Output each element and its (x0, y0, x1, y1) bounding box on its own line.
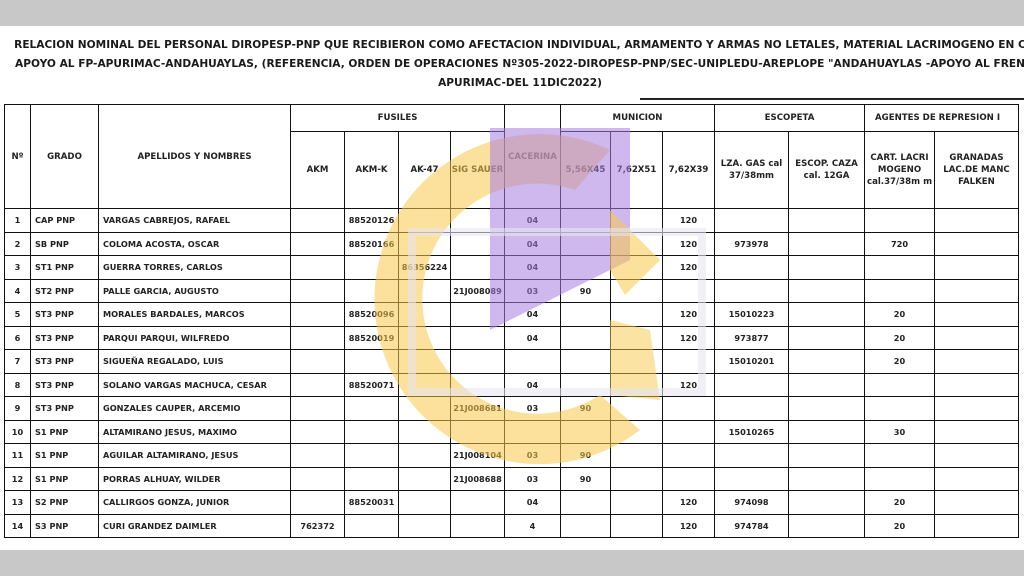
cell-granadas (935, 232, 1019, 256)
cell-m556 (561, 256, 611, 280)
cell-ak47 (399, 232, 451, 256)
cell-no: 5 (5, 303, 31, 327)
cell-cacerina: 03 (505, 279, 561, 303)
cell-granadas (935, 467, 1019, 491)
cell-akmk: 88520071 (345, 373, 399, 397)
cell-grado: ST3 PNP (31, 350, 99, 374)
col-no: Nº (5, 105, 31, 209)
cell-cart: 20 (865, 514, 935, 538)
cell-m556: 90 (561, 467, 611, 491)
cell-akm (291, 303, 345, 327)
cell-akm (291, 373, 345, 397)
cell-escop (789, 373, 865, 397)
cell-m762x39 (663, 467, 715, 491)
cell-sig (451, 232, 505, 256)
cell-ak47 (399, 279, 451, 303)
cell-cacerina (505, 420, 561, 444)
cell-akmk (345, 420, 399, 444)
cell-m762x51 (611, 373, 663, 397)
cell-nombre: GONZALES CAUPER, ARCEMIO (99, 397, 291, 421)
col-762x39: 7,62X39 (663, 132, 715, 209)
cell-sig: 21J008104 (451, 444, 505, 468)
cell-cart: 30 (865, 420, 935, 444)
group-escopeta: ESCOPETA (715, 105, 865, 132)
cell-ak47 (399, 373, 451, 397)
cell-grado: S3 PNP (31, 514, 99, 538)
cell-m762x51 (611, 209, 663, 233)
title-line-1: RELACION NOMINAL DEL PERSONAL DIROPESP-P… (0, 36, 1024, 55)
cell-m556: 90 (561, 397, 611, 421)
cell-cart (865, 209, 935, 233)
cell-grado: CAP PNP (31, 209, 99, 233)
cell-m556 (561, 209, 611, 233)
cell-sig (451, 491, 505, 515)
cell-escop (789, 467, 865, 491)
cell-m762x51 (611, 491, 663, 515)
cell-m762x51 (611, 420, 663, 444)
cell-lza: 15010223 (715, 303, 789, 327)
cell-akmk: 88520096 (345, 303, 399, 327)
cell-m556 (561, 350, 611, 374)
cell-nombre: PORRAS ALHUAY, WILDER (99, 467, 291, 491)
cell-sig (451, 326, 505, 350)
cell-akm (291, 467, 345, 491)
cell-no: 12 (5, 467, 31, 491)
cell-cart (865, 256, 935, 280)
cell-ak47 (399, 514, 451, 538)
cell-akm (291, 326, 345, 350)
cell-lza: 974098 (715, 491, 789, 515)
table-row: 1CAP PNPVARGAS CABREJOS, RAFAEL885201260… (5, 209, 1019, 233)
cell-m762x39 (663, 350, 715, 374)
cell-sig (451, 209, 505, 233)
cell-nombre: CALLIRGOS GONZA, JUNIOR (99, 491, 291, 515)
cell-akm (291, 232, 345, 256)
cell-cart (865, 279, 935, 303)
cell-m762x39: 120 (663, 256, 715, 280)
cell-lza (715, 279, 789, 303)
cell-akm (291, 397, 345, 421)
cell-m762x51 (611, 514, 663, 538)
cell-escop (789, 350, 865, 374)
cell-grado: ST3 PNP (31, 397, 99, 421)
cell-m762x39: 120 (663, 514, 715, 538)
cell-ak47 (399, 303, 451, 327)
cell-akmk (345, 467, 399, 491)
cell-nombre: VARGAS CABREJOS, RAFAEL (99, 209, 291, 233)
cell-escop (789, 232, 865, 256)
cell-akm (291, 279, 345, 303)
cell-granadas (935, 397, 1019, 421)
cell-cacerina: 04 (505, 256, 561, 280)
cell-cart (865, 467, 935, 491)
cell-m762x39: 120 (663, 232, 715, 256)
cell-m762x51 (611, 326, 663, 350)
cell-akm: 762372 (291, 514, 345, 538)
group-fusiles: FUSILES (291, 105, 505, 132)
divider (640, 98, 1024, 100)
cell-granadas (935, 491, 1019, 515)
cell-escop (789, 397, 865, 421)
col-akm: AKM (291, 132, 345, 209)
cell-ak47 (399, 491, 451, 515)
cell-grado: ST3 PNP (31, 303, 99, 327)
cell-cacerina (505, 350, 561, 374)
cell-m556: 90 (561, 444, 611, 468)
cell-cart (865, 397, 935, 421)
cell-escop (789, 514, 865, 538)
cell-m762x51 (611, 397, 663, 421)
cell-m762x51 (611, 350, 663, 374)
cell-cacerina: 04 (505, 326, 561, 350)
cell-sig: 21J008681 (451, 397, 505, 421)
table-body: 1CAP PNPVARGAS CABREJOS, RAFAEL885201260… (5, 209, 1019, 538)
cell-lza: 974784 (715, 514, 789, 538)
cell-sig: 21J008089 (451, 279, 505, 303)
cell-akm (291, 350, 345, 374)
cell-cacerina: 04 (505, 303, 561, 327)
cell-m762x51 (611, 256, 663, 280)
cell-sig (451, 303, 505, 327)
col-556x45: 5,56X45 (561, 132, 611, 209)
cell-nombre: COLOMA ACOSTA, OSCAR (99, 232, 291, 256)
cell-no: 3 (5, 256, 31, 280)
cell-cart: 720 (865, 232, 935, 256)
cell-no: 10 (5, 420, 31, 444)
title-line-3: APURIMAC-DEL 11DIC2022) (0, 74, 1024, 93)
cell-ak47 (399, 209, 451, 233)
cell-granadas (935, 350, 1019, 374)
cell-akm (291, 444, 345, 468)
cell-escop (789, 326, 865, 350)
cell-lza (715, 209, 789, 233)
cell-grado: S1 PNP (31, 420, 99, 444)
cell-m556 (561, 373, 611, 397)
table-row: 12S1 PNPPORRAS ALHUAY, WILDER21J00868803… (5, 467, 1019, 491)
cell-m762x51 (611, 303, 663, 327)
cell-nombre: MORALES BARDALES, MARCOS (99, 303, 291, 327)
cell-m556 (561, 326, 611, 350)
cell-no: 13 (5, 491, 31, 515)
cell-m556 (561, 303, 611, 327)
cell-cacerina: 04 (505, 373, 561, 397)
cell-granadas (935, 279, 1019, 303)
cell-cacerina: 4 (505, 514, 561, 538)
cell-grado: S1 PNP (31, 467, 99, 491)
col-lza-gas: LZA. GAS cal 37/38mm (715, 132, 789, 209)
cell-granadas (935, 420, 1019, 444)
cell-no: 6 (5, 326, 31, 350)
cell-no: 8 (5, 373, 31, 397)
cell-ak47 (399, 444, 451, 468)
cell-sig (451, 373, 505, 397)
table-row: 2SB PNPCOLOMA ACOSTA, OSCAR8852016604120… (5, 232, 1019, 256)
cell-cacerina: 04 (505, 209, 561, 233)
cell-akm (291, 209, 345, 233)
cell-nombre: GUERRA TORRES, CARLOS (99, 256, 291, 280)
table-row: 5ST3 PNPMORALES BARDALES, MARCOS88520096… (5, 303, 1019, 327)
cell-granadas (935, 326, 1019, 350)
table-row: 11S1 PNPAGUILAR ALTAMIRANO, JESUS21J0081… (5, 444, 1019, 468)
cell-m762x51 (611, 444, 663, 468)
cell-nombre: PARQUI PARQUI, WILFREDO (99, 326, 291, 350)
col-762x51: 7,62X51 (611, 132, 663, 209)
cell-no: 1 (5, 209, 31, 233)
cell-lza (715, 467, 789, 491)
cell-akmk (345, 444, 399, 468)
cell-sig (451, 514, 505, 538)
cell-ak47 (399, 467, 451, 491)
cell-granadas (935, 373, 1019, 397)
cell-escop (789, 303, 865, 327)
cell-no: 7 (5, 350, 31, 374)
cell-m762x39: 120 (663, 303, 715, 327)
cell-granadas (935, 444, 1019, 468)
cell-ak47 (399, 350, 451, 374)
cell-nombre: AGUILAR ALTAMIRANO, JESUS (99, 444, 291, 468)
cell-nombre: PALLE GARCIA, AUGUSTO (99, 279, 291, 303)
cell-akmk: 88520019 (345, 326, 399, 350)
cell-grado: ST3 PNP (31, 373, 99, 397)
cell-nombre: ALTAMIRANO JESUS, MAXIMO (99, 420, 291, 444)
cell-akmk (345, 514, 399, 538)
cell-ak47 (399, 420, 451, 444)
cell-m762x39: 120 (663, 373, 715, 397)
table-row: 13S2 PNPCALLIRGOS GONZA, JUNIOR885200310… (5, 491, 1019, 515)
cell-lza: 973877 (715, 326, 789, 350)
cell-escop (789, 491, 865, 515)
col-nombres: APELLIDOS Y NOMBRES (99, 105, 291, 209)
cell-cacerina: 03 (505, 444, 561, 468)
cell-sig: 21J008688 (451, 467, 505, 491)
cell-cart: 20 (865, 491, 935, 515)
cell-akm (291, 491, 345, 515)
cell-cacerina: 03 (505, 467, 561, 491)
cell-ak47 (399, 326, 451, 350)
cell-lza: 15010265 (715, 420, 789, 444)
group-municion: MUNICION (561, 105, 715, 132)
group-agentes: AGENTES DE REPRESION I (865, 105, 1019, 132)
cell-grado: ST1 PNP (31, 256, 99, 280)
cell-nombre: CURI GRANDEZ DAIMLER (99, 514, 291, 538)
cell-grado: SB PNP (31, 232, 99, 256)
cell-nombre: SOLANO VARGAS MACHUCA, CESAR (99, 373, 291, 397)
cell-no: 2 (5, 232, 31, 256)
cell-m556 (561, 420, 611, 444)
cell-granadas (935, 514, 1019, 538)
cell-m762x39 (663, 279, 715, 303)
cell-grado: S1 PNP (31, 444, 99, 468)
cell-akmk (345, 279, 399, 303)
cell-cacerina: 03 (505, 397, 561, 421)
cell-cart: 20 (865, 350, 935, 374)
cell-lza (715, 373, 789, 397)
cell-lza (715, 397, 789, 421)
cell-m762x39: 120 (663, 326, 715, 350)
cell-m762x39 (663, 444, 715, 468)
cell-m762x51 (611, 467, 663, 491)
table-row: 4ST2 PNPPALLE GARCIA, AUGUSTO21J00808903… (5, 279, 1019, 303)
cell-grado: S2 PNP (31, 491, 99, 515)
cell-escop (789, 256, 865, 280)
col-escop-caza: ESCOP. CAZA cal. 12GA (789, 132, 865, 209)
cell-akmk: 88520031 (345, 491, 399, 515)
cell-grado: ST2 PNP (31, 279, 99, 303)
cell-akm (291, 256, 345, 280)
personnel-table: Nº GRADO APELLIDOS Y NOMBRES FUSILES CAC… (4, 104, 1019, 538)
cell-m556 (561, 491, 611, 515)
cell-lza (715, 444, 789, 468)
table-row: 6ST3 PNPPARQUI PARQUI, WILFREDO885200190… (5, 326, 1019, 350)
cell-lza: 15010201 (715, 350, 789, 374)
cell-granadas (935, 303, 1019, 327)
cell-cart: 20 (865, 326, 935, 350)
cell-m762x51 (611, 279, 663, 303)
cell-no: 9 (5, 397, 31, 421)
cell-sig (451, 350, 505, 374)
cell-m556: 90 (561, 279, 611, 303)
cell-akmk (345, 350, 399, 374)
cell-m762x39 (663, 397, 715, 421)
cell-grado: ST3 PNP (31, 326, 99, 350)
col-cacerina: CACERINA (505, 105, 561, 209)
table-row: 8ST3 PNPSOLANO VARGAS MACHUCA, CESAR8852… (5, 373, 1019, 397)
cell-ak47 (399, 397, 451, 421)
cell-escop (789, 444, 865, 468)
cell-lza (715, 256, 789, 280)
cell-m762x39 (663, 420, 715, 444)
col-akm-k: AKM-K (345, 132, 399, 209)
cell-no: 11 (5, 444, 31, 468)
cell-ak47: 86356224 (399, 256, 451, 280)
cell-m762x39: 120 (663, 491, 715, 515)
cell-akm (291, 420, 345, 444)
document-page: RELACION NOMINAL DEL PERSONAL DIROPESP-P… (0, 26, 1024, 550)
cell-akmk (345, 397, 399, 421)
col-sig-sauer: SIG SAUER (451, 132, 505, 209)
cell-akmk: 88520126 (345, 209, 399, 233)
table-row: 3ST1 PNPGUERRA TORRES, CARLOS86356224041… (5, 256, 1019, 280)
table-row: 14S3 PNPCURI GRANDEZ DAIMLER762372412097… (5, 514, 1019, 538)
cell-m762x51 (611, 232, 663, 256)
cell-m556 (561, 232, 611, 256)
cell-granadas (935, 209, 1019, 233)
cell-granadas (935, 256, 1019, 280)
cell-sig (451, 420, 505, 444)
table-row: 7ST3 PNPSIGUEÑA REGALADO, LUIS1501020120 (5, 350, 1019, 374)
cell-lza: 973978 (715, 232, 789, 256)
col-grado: GRADO (31, 105, 99, 209)
cell-cart (865, 373, 935, 397)
cell-sig (451, 256, 505, 280)
cell-cart (865, 444, 935, 468)
table-row: 9ST3 PNPGONZALES CAUPER, ARCEMIO21J00868… (5, 397, 1019, 421)
cell-akmk (345, 256, 399, 280)
cell-escop (789, 209, 865, 233)
cell-cacerina: 04 (505, 491, 561, 515)
cell-escop (789, 279, 865, 303)
cell-m556 (561, 514, 611, 538)
cell-no: 14 (5, 514, 31, 538)
cell-nombre: SIGUEÑA REGALADO, LUIS (99, 350, 291, 374)
cell-escop (789, 420, 865, 444)
col-cart-lacrimogeno: CART. LACRI MOGENO cal.37/38m m (865, 132, 935, 209)
title-line-2: APOYO AL FP-APURIMAC-ANDAHUAYLAS, (REFER… (0, 55, 1024, 74)
cell-cacerina: 04 (505, 232, 561, 256)
cell-no: 4 (5, 279, 31, 303)
table-row: 10S1 PNPALTAMIRANO JESUS, MAXIMO15010265… (5, 420, 1019, 444)
cell-m762x39: 120 (663, 209, 715, 233)
document-title: RELACION NOMINAL DEL PERSONAL DIROPESP-P… (0, 36, 1024, 93)
cell-akmk: 88520166 (345, 232, 399, 256)
col-ak47: AK-47 (399, 132, 451, 209)
cell-cart: 20 (865, 303, 935, 327)
col-granadas: GRANADAS LAC.DE MANC FALKEN (935, 132, 1019, 209)
